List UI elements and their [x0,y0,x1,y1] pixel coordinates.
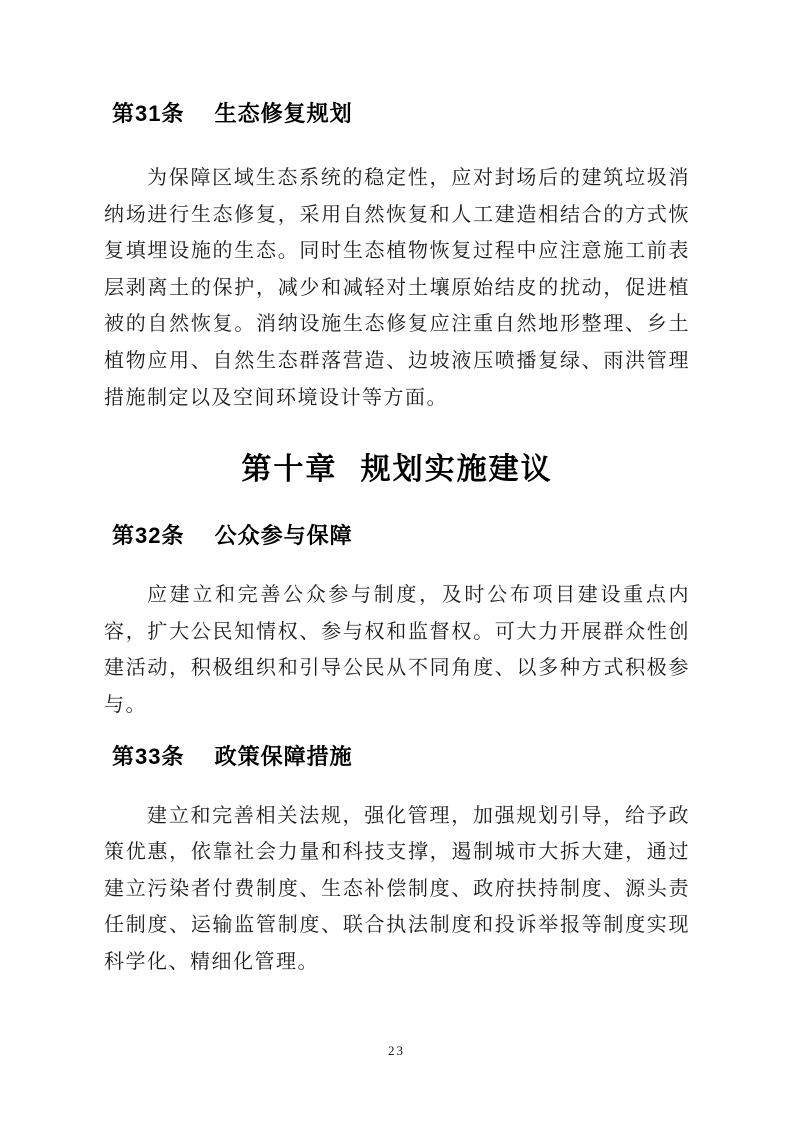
article-32-body: 应建立和完善公众参与制度，及时公布项目建设重点内容，扩大公民知情权、参与权和监督… [104,577,690,723]
chapter-number: 第十章 [241,453,337,486]
article-31-heading: 第31条 生态修复规划 [104,99,690,129]
article-32-title: 公众参与保障 [215,523,353,548]
article-32-heading: 第32条 公众参与保障 [104,521,690,551]
page-number: 23 [0,1042,793,1060]
article-31-title: 生态修复规划 [215,101,353,126]
article-32-number: 第32条 [112,521,184,551]
article-33-body: 建立和完善相关法规，强化管理，加强规划引导，给予政策优惠，依靠社会力量和科技支撑… [104,798,690,981]
article-33-heading: 第33条 政策保障措施 [104,742,690,772]
article-31-number: 第31条 [112,99,184,129]
article-33-number: 第33条 [112,742,184,772]
document-page: 第31条 生态修复规划 为保障区域生态系统的稳定性，应对封场后的建筑垃圾消纳场进… [0,0,793,1122]
article-31-body: 为保障区域生态系统的稳定性，应对封场后的建筑垃圾消纳场进行生态修复，采用自然恢复… [104,160,690,416]
article-33-title: 政策保障措施 [215,744,353,769]
chapter-heading: 第十章 规划实施建议 [104,450,690,490]
chapter-title: 规划实施建议 [361,450,553,490]
